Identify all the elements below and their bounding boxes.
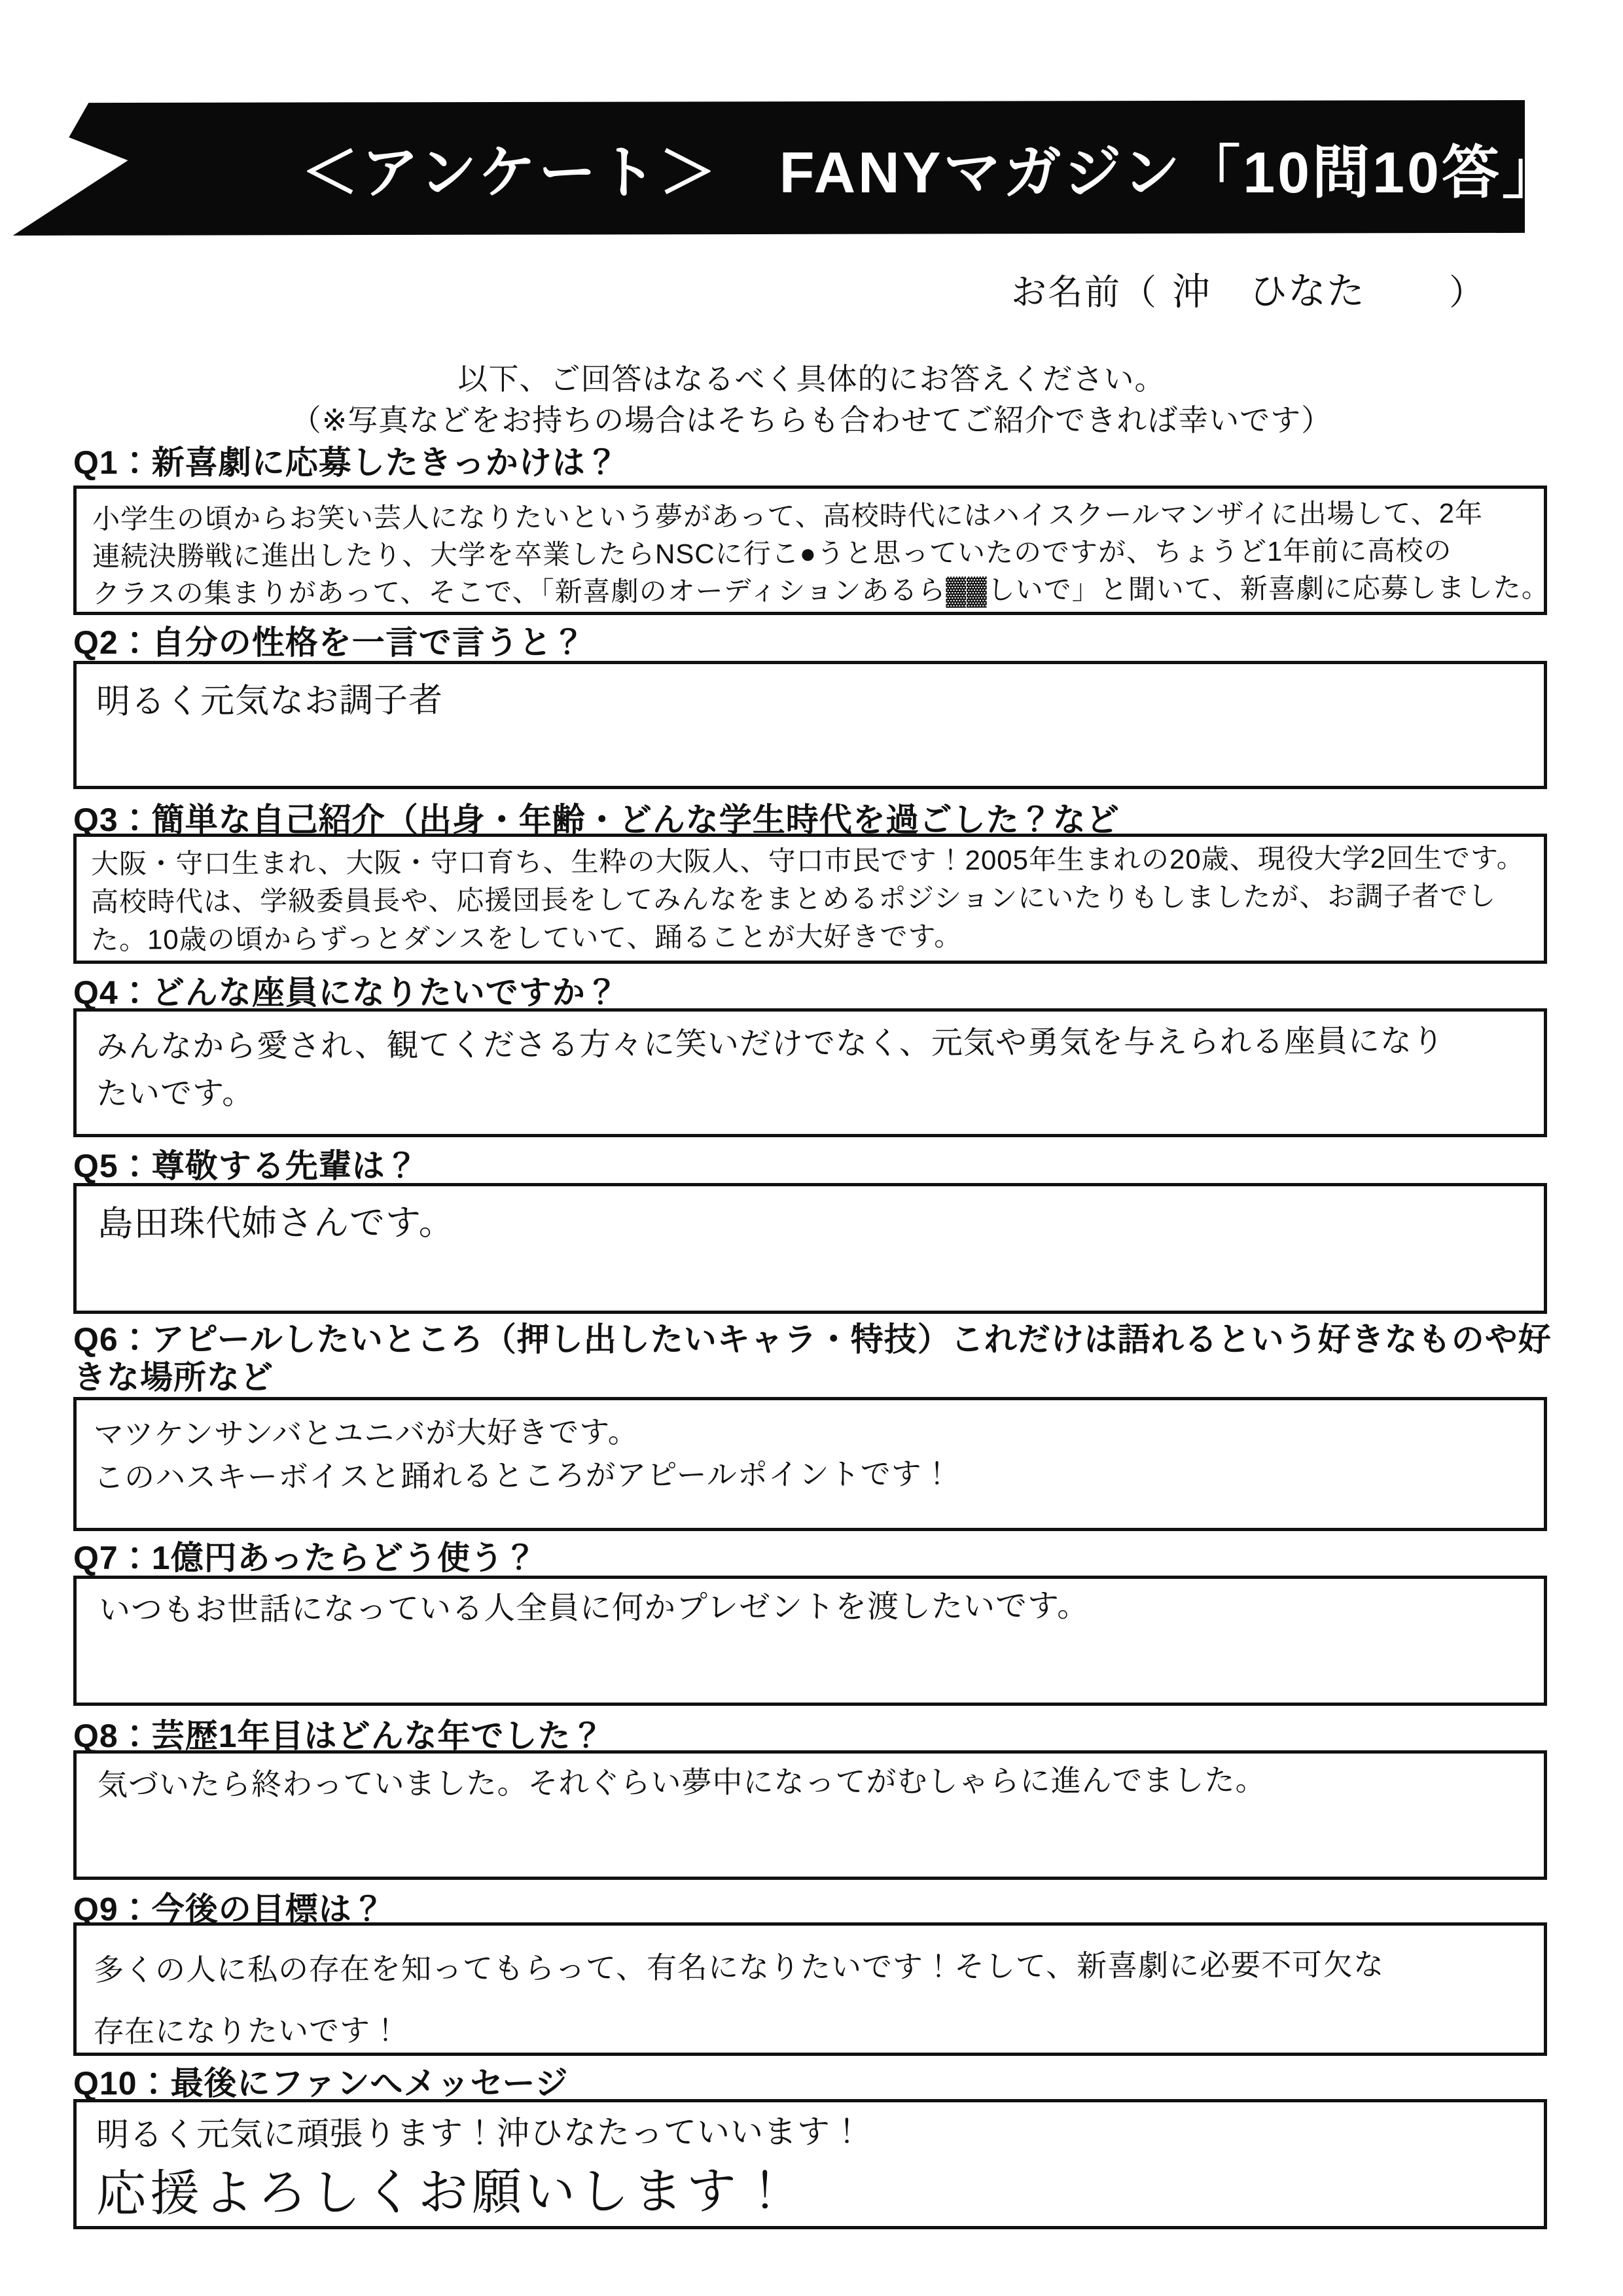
answer-line: 明るく元気なお調子者 bbox=[96, 675, 1524, 722]
answer-line: 連続決勝戦に進出したり、大学を卒業したらNSCに行こ●うと思っていたのですが、ち… bbox=[92, 531, 1528, 575]
question-q4-label: Q4：どんな座員になりたいですか？ bbox=[73, 974, 1552, 1012]
answer-line: 島田珠代姉さんです。 bbox=[98, 1196, 1523, 1246]
answer-line: 高校時代は、学級委員長や、応援団長をしてみんなをまとめるポジションにいたりもしま… bbox=[91, 877, 1529, 921]
question-q2-answer-box: 明るく元気なお調子者 bbox=[73, 661, 1547, 789]
answer-line: 多くの人に私の存在を知ってもらって、有名になりたいです！そして、新喜劇に必要不可… bbox=[94, 1933, 1527, 2001]
answer-line: 応援よろしくお願いします！ bbox=[96, 2157, 1524, 2226]
question-q8-answer-box: 気づいたら終わっていました。それぐらい夢中になってがむしゃらに進んでました。 bbox=[73, 1750, 1547, 1880]
answer-line: た。10歳の頃からずっとダンスをしていて、踊ることが大好きです。 bbox=[91, 915, 1529, 959]
answer-line: 気づいたら終わっていました。それぐらい夢中になってがむしゃらに進んでました。 bbox=[98, 1758, 1523, 1805]
answer-line: みんなから愛され、観てくださる方々に笑いだけでなく、元気や勇気を与えられる座員に… bbox=[96, 1017, 1524, 1071]
answer-line: 明るく元気に頑張ります！沖ひなたっていいます！ bbox=[96, 2108, 1524, 2155]
question-q1-answer-box: 小学生の頃からお笑い芸人になりたいという夢があって、高校時代にはハイスクールマン… bbox=[73, 486, 1547, 615]
question-q6-answer-box: マツケンサンバとユニバが大好きです。 このハスキーボイスと踊れるところがアピール… bbox=[73, 1397, 1547, 1531]
question-q5-label: Q5：尊敬する先輩は？ bbox=[73, 1147, 1552, 1185]
name-value-handwritten: 沖 ひなた bbox=[1172, 260, 1365, 315]
question-q10-label: Q10：最後にファンへメッセージ bbox=[73, 2064, 1552, 2102]
answer-line: いつもお世話になっている人全員に何かプレゼントを渡したいです。 bbox=[99, 1583, 1522, 1631]
question-q3-answer-box: 大阪・守口生まれ、大阪・守口育ち、生粋の大阪人、守口市民です！2005年生まれの… bbox=[73, 834, 1547, 964]
instructions: 以下、ご回答はなるべく具体的にお答えください。 （※写真などをお持ちの場合はそち… bbox=[0, 359, 1623, 441]
question-q7-answer-box: いつもお世話になっている人全員に何かプレゼントを渡したいです。 bbox=[73, 1576, 1547, 1706]
name-field: お名前（ 沖 ひなた ） bbox=[1011, 260, 1486, 315]
answer-line: マツケンサンバとユニバが大好きです。 bbox=[94, 1406, 1527, 1456]
question-q7-label: Q7：1億円あったらどう使う？ bbox=[73, 1539, 1552, 1577]
question-q6-label: Q6：アピールしたいところ（押し出したいキャラ・特技）これだけは語れるという好き… bbox=[73, 1320, 1552, 1396]
question-q9-answer-box: 多くの人に私の存在を知ってもらって、有名になりたいです！そして、新喜劇に必要不可… bbox=[73, 1922, 1547, 2056]
answer-line: このハスキーボイスと踊れるところがアピールポイントです！ bbox=[94, 1449, 1527, 1499]
question-q4-answer-box: みんなから愛され、観てくださる方々に笑いだけでなく、元気や勇気を与えられる座員に… bbox=[73, 1008, 1547, 1137]
question-q8-label: Q8：芸歴1年目はどんな年でした？ bbox=[73, 1717, 1552, 1755]
instructions-line-2: （※写真などをお持ちの場合はそちらも合わせてご紹介できれば幸いです） bbox=[0, 400, 1623, 441]
question-q10-answer-box: 明るく元気に頑張ります！沖ひなたっていいます！ 応援よろしくお願いします！ bbox=[73, 2099, 1547, 2229]
answer-line: たいです。 bbox=[96, 1065, 1524, 1118]
answer-line: クラスの集まりがあって、そこで、「新喜劇のオーディションあるら▓▓しいで」と聞い… bbox=[92, 569, 1528, 612]
name-field-close-paren: ） bbox=[1449, 264, 1486, 315]
question-q5-answer-box: 島田珠代姉さんです。 bbox=[73, 1183, 1547, 1314]
page-title: ＜アンケート＞ FANYマガジン「10問10答」 bbox=[10, 127, 1562, 209]
instructions-line-1: 以下、ご回答はなるべく具体的にお答えください。 bbox=[0, 359, 1623, 400]
question-q1-label: Q1：新喜劇に応募したきっかけは？ bbox=[73, 444, 1552, 482]
answer-line: 大阪・守口生まれ、大阪・守口育ち、生粋の大阪人、守口市民です！2005年生まれの… bbox=[91, 839, 1529, 883]
question-q2-label: Q2：自分の性格を一言で言うと？ bbox=[73, 624, 1552, 662]
answer-line: 存在になりたいです！ bbox=[94, 1994, 1527, 2062]
answer-line: 小学生の頃からお笑い芸人になりたいという夢があって、高校時代にはハイスクールマン… bbox=[92, 494, 1528, 538]
header-banner: ＜アンケート＞ FANYマガジン「10問10答」 bbox=[10, 100, 1525, 236]
name-field-label: お名前（ bbox=[1011, 264, 1158, 315]
questionnaire-page: ＜アンケート＞ FANYマガジン「10問10答」 お名前（ 沖 ひなた ） 以下… bbox=[0, 0, 1623, 2296]
